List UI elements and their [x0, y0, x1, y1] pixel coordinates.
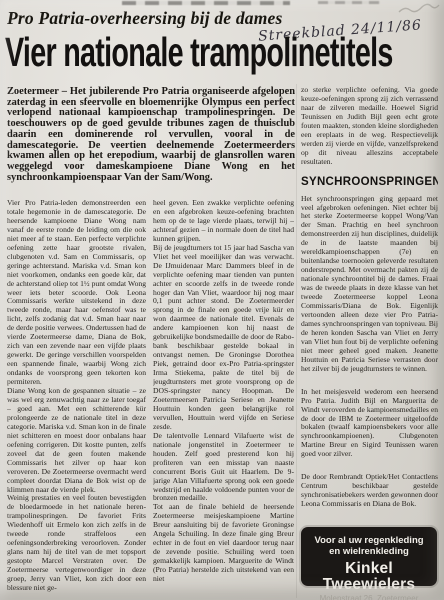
body-paragraph: heel geven. Een zwakke verplichte oefeni… — [153, 199, 294, 244]
article-column-2: heel geven. Een zwakke verplichte oefeni… — [153, 199, 294, 594]
newspaper-clipping: Pro Patria-overheersing bij de dames Str… — [0, 0, 444, 600]
body-paragraph: Het synchroonspringen ging gepaard met v… — [301, 195, 438, 374]
ad-address: Molenstraat 26, Zoetermeer — [301, 594, 437, 600]
body-paragraph: De door Rembrandt Optiek/Het Contactlens… — [301, 473, 438, 509]
handwritten-scribble-mark — [397, 2, 441, 16]
body-paragraph: zo sterke verplichte oefening. Via goede… — [301, 86, 438, 167]
ad-tagline-line2: en wielrenkleding — [301, 546, 437, 557]
body-paragraph: Bij de jeugdturners tot 15 jaar had Sasc… — [153, 244, 294, 432]
article-column-1: Vier Pro Patria-leden demonstreerden een… — [7, 199, 146, 594]
body-paragraph: Tot aan de finale behield de heersende Z… — [153, 503, 294, 584]
column-divider — [296, 84, 297, 598]
body-paragraph: Weinig prestaties en veel fouten bevesti… — [7, 494, 146, 592]
article-column-3: zo sterke verplichte oefening. Via goede… — [301, 86, 438, 524]
body-paragraph: In het meisjesveld wederom een heersend … — [301, 388, 438, 460]
ad-tagline-line1: Voor al uw regenkleding — [301, 535, 437, 546]
kicker-headline: Pro Patria-overheersing bij de dames — [7, 8, 327, 29]
advertisement-box: Voor al uw regenkleding en wielrenkledin… — [301, 527, 437, 586]
scan-artifact-top — [122, 1, 290, 5]
lead-paragraph: Zoetermeer – Het jubilerende Pro Patria … — [7, 87, 295, 183]
body-paragraph: Vier Pro Patria-leden demonstreerden een… — [7, 199, 146, 387]
section-heading: SYNCHROONSPRINGEN — [301, 176, 438, 188]
main-headline: Vier nationale trampolinetitels — [5, 29, 393, 76]
body-paragraph: De talentvolle Lennard Vilafuerte wist d… — [153, 432, 294, 504]
scan-artifact-top-right — [318, 1, 380, 4]
body-paragraph: Diane Wong kon de gespannen situatie – z… — [7, 387, 146, 494]
ad-business-name: Kinkel Tweewielers — [301, 561, 437, 593]
